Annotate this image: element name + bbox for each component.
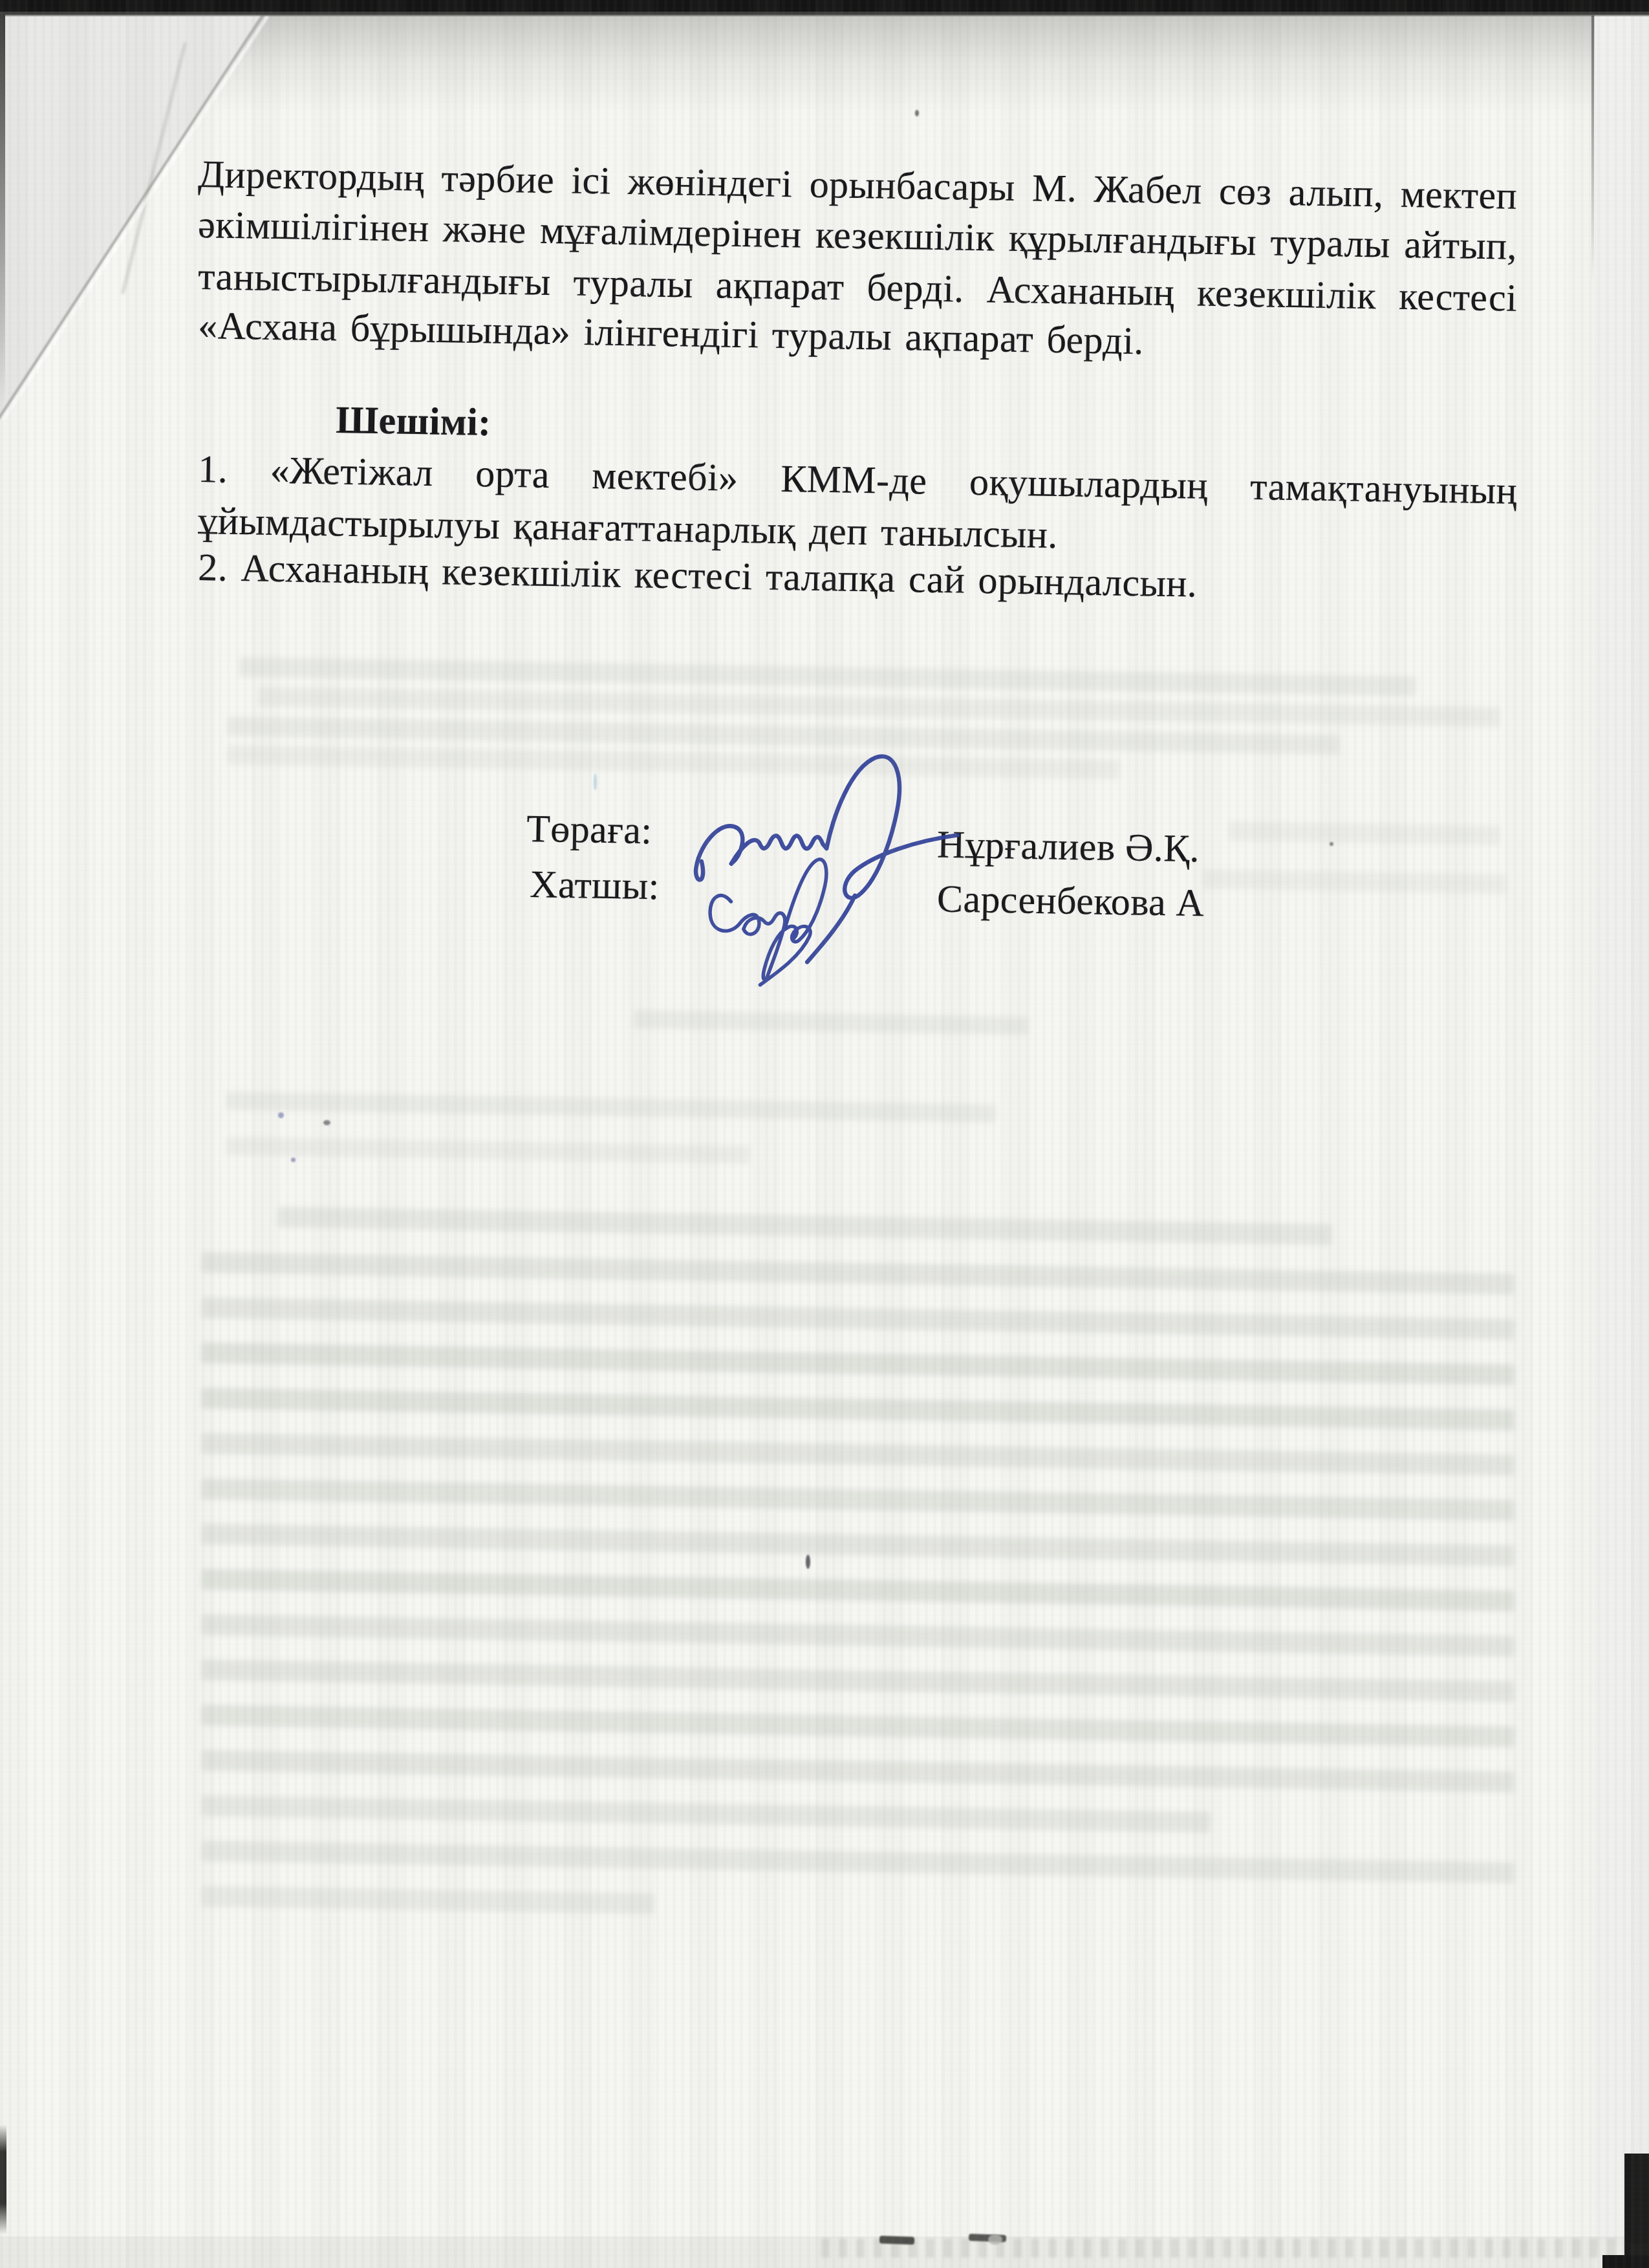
bleedthrough-ghost-line [201, 1886, 654, 1914]
bleedthrough-ghost-line [277, 1207, 1331, 1245]
ink-speck [806, 1555, 810, 1569]
ink-speck [1330, 842, 1333, 846]
page-right-edge [1591, 16, 1594, 294]
secretary-signature [700, 850, 903, 993]
bleedthrough-ghost-line [226, 1092, 996, 1123]
secretary-label: Хатшы: [530, 859, 660, 911]
ink-speck [278, 1112, 284, 1118]
scanner-corner-block [1602, 2255, 1649, 2268]
bleedthrough-ghost-line [201, 1478, 1514, 1521]
scanner-edge-left-bottom [0, 2124, 6, 2234]
bleedthrough-ghost-line [201, 1795, 1210, 1833]
bleedthrough-ghost-line [201, 1659, 1514, 1702]
bottom-bleedthrough-noise [821, 2238, 1649, 2258]
ink-speck [291, 1158, 296, 1162]
bleedthrough-ghost-line [228, 745, 1120, 779]
bleedthrough-ghost-line [201, 1388, 1514, 1431]
bleedthrough-ghost-line [201, 1705, 1514, 1747]
bleedthrough-ghost-line [201, 1252, 1514, 1295]
secretary-name: Сарсенбекова А [936, 873, 1205, 928]
scanner-edge-left [0, 14, 5, 428]
bleedthrough-ghost-line [201, 1841, 1514, 1883]
bleedthrough-ghost-line [201, 1297, 1514, 1340]
bleedthrough-ghost-line [226, 1137, 750, 1163]
page-right-margin [1595, 14, 1649, 2268]
scanner-edge-top [0, 0, 1649, 17]
ink-speck [594, 773, 597, 790]
scanned-document-page: Директордың тәрбие ісі жөніндегі орынбас… [0, 0, 1649, 2268]
scan-artifact-dash [879, 2236, 914, 2245]
decision-heading: Шешімі: [336, 394, 983, 456]
bleedthrough-ghost-line [634, 1010, 1028, 1035]
bleedthrough-ghost-line [201, 1569, 1514, 1612]
chairman-label: Төраға: [526, 803, 652, 856]
bleedthrough-ghost-line [201, 1524, 1514, 1566]
ink-speck [323, 1120, 330, 1125]
bleedthrough-ghost-line [201, 1433, 1514, 1476]
ink-speck [915, 110, 919, 116]
bleedthrough-ghost-line [201, 1614, 1514, 1657]
ink-speck [988, 2234, 1002, 2245]
bleedthrough-ghost-line [201, 1343, 1514, 1385]
bleedthrough-ghost-line [201, 1750, 1514, 1793]
